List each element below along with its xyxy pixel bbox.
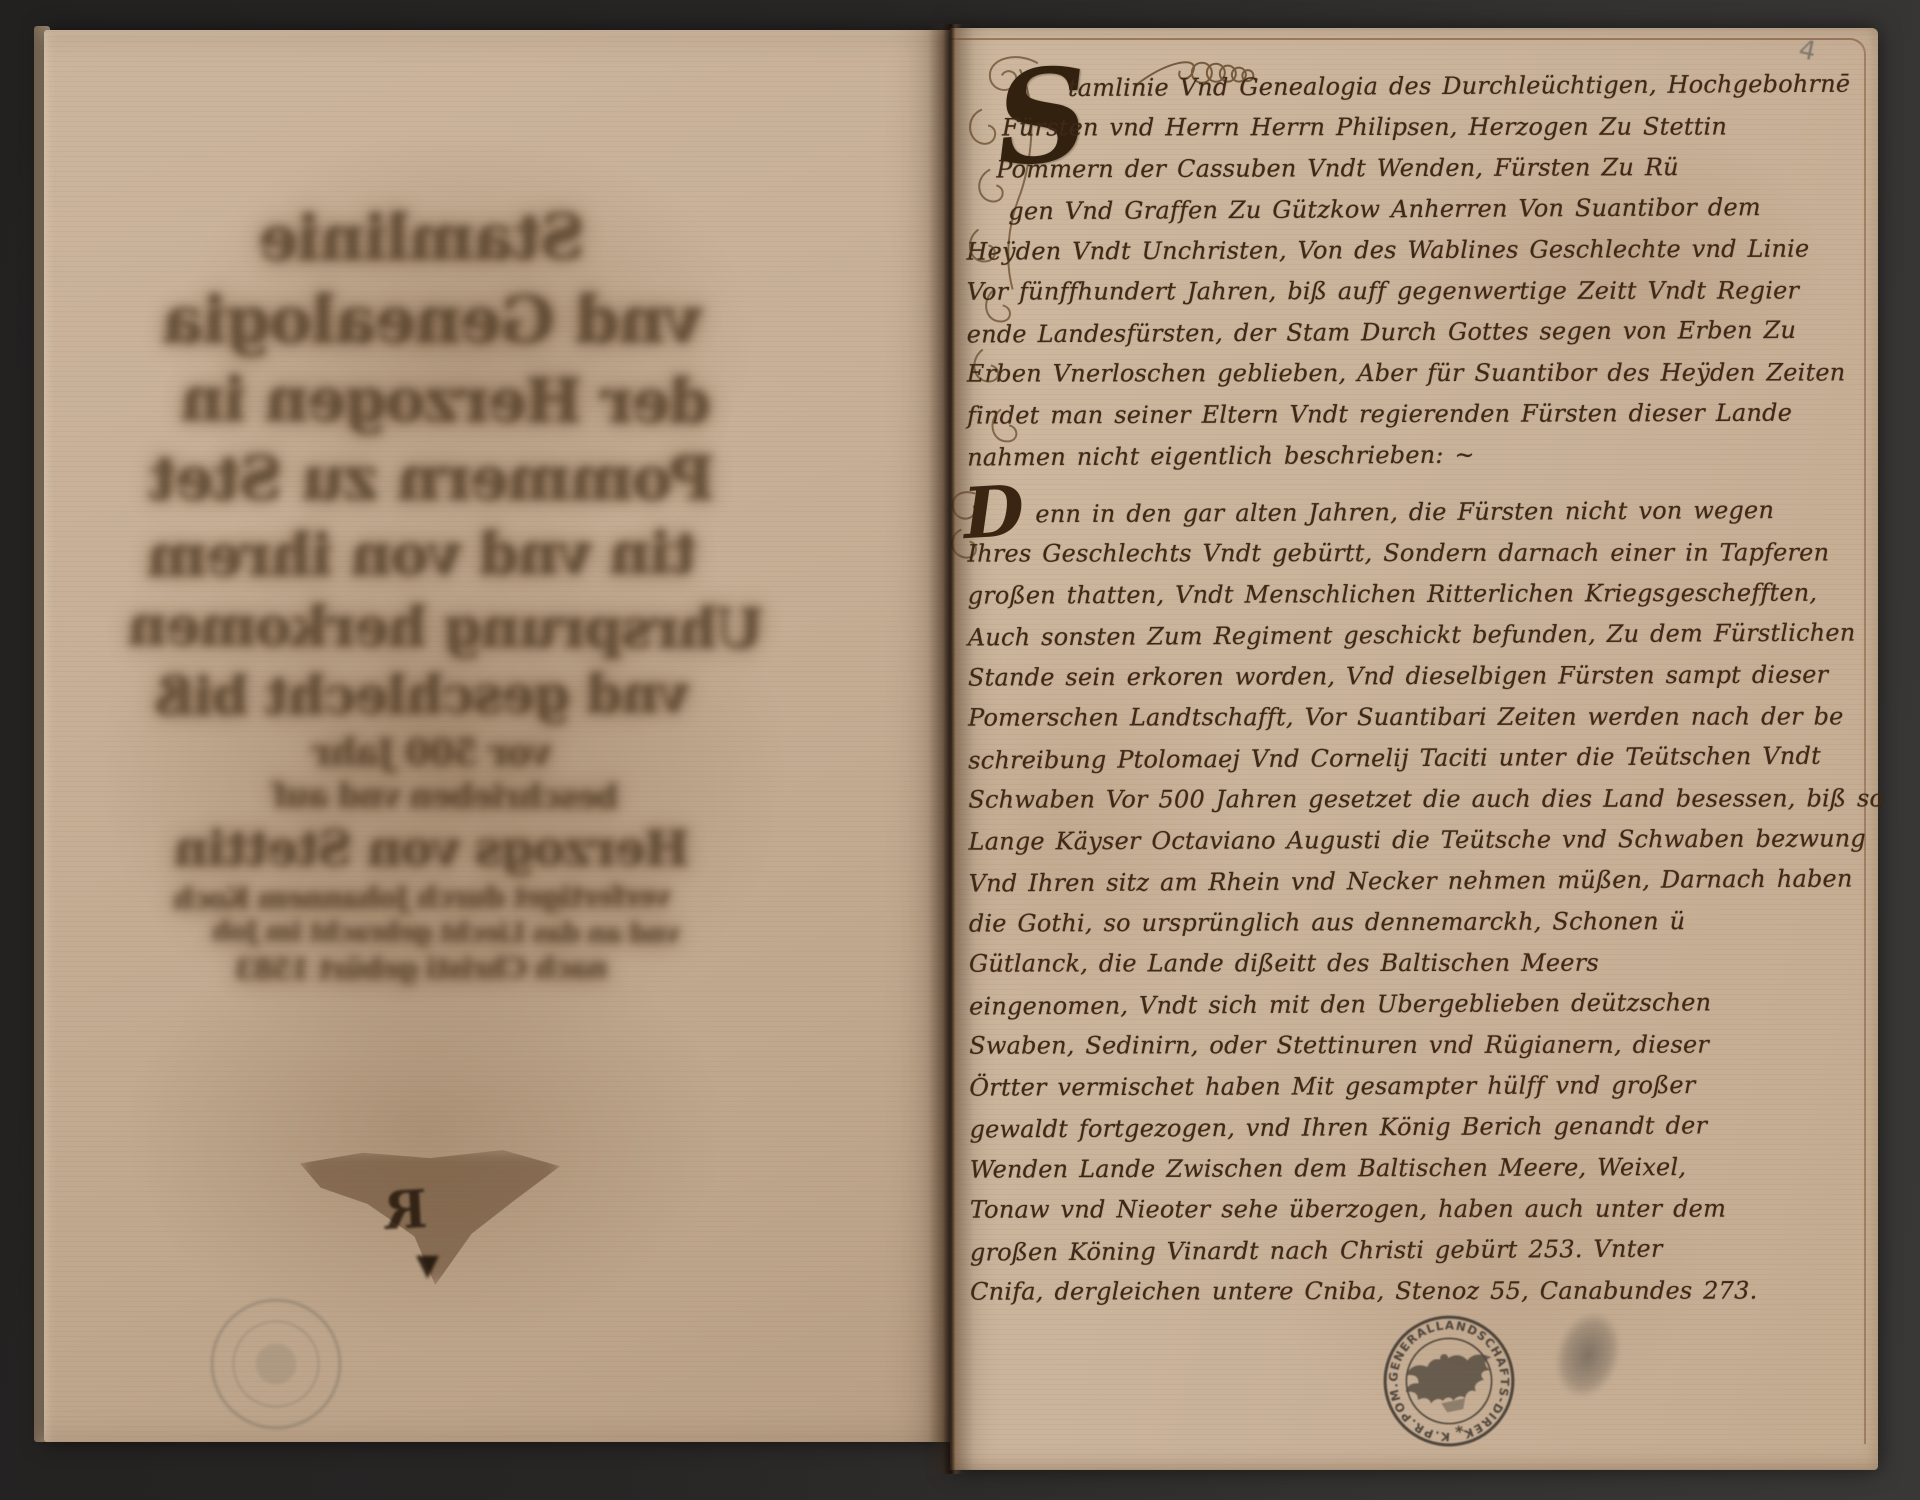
bleedthrough-line: der Herzogen in <box>66 360 826 442</box>
bleedthrough-line: verfertiget durch Johannem Koch <box>42 878 802 918</box>
manuscript-line: Ihres Geschlechts Vndt gebürtt, Sondern … <box>967 532 1867 574</box>
bleedthrough-title-block: Stamlinie vnd Genealogia der Herzogen in… <box>52 198 812 987</box>
bleedthrough-line: vor 500 Jahr <box>52 730 812 777</box>
paragraph-heading: S tamlinie Vnd Genealogia des Durchleüch… <box>966 64 1867 477</box>
binding-gutter <box>928 24 974 1474</box>
manuscript-line: eingenomen, Vndt sich mit den Ubergeblie… <box>969 981 1869 1027</box>
manuscript-line: Swaben, Sedinirn, oder Stettinuren vnd R… <box>969 1024 1869 1066</box>
manuscript-line: Pommern der Cassuben Vndt Wenden, Fürste… <box>996 146 1866 190</box>
manuscript-line: Vnd Ihren sitz am Rhein vnd Necker nehme… <box>969 858 1869 904</box>
manuscript-line: schreibung Ptolomaej Vnd Cornelij Taciti… <box>968 735 1868 781</box>
manuscript-line: Wenden Lande Zwischen dem Baltischen Mee… <box>970 1146 1870 1190</box>
paragraph-body: D enn in den gar alten Jahren, die Fürst… <box>967 490 1870 1313</box>
right-page: 4 <box>950 28 1878 1470</box>
manuscript-line: Erben Vnerloschen geblieben, Aber für Su… <box>967 352 1867 394</box>
manuscript-scan: Stamlinie vnd Genealogia der Herzogen in… <box>0 0 1920 1500</box>
paragraph-lines: enn in den gar alten Jahren, die Fürsten… <box>967 490 1870 1313</box>
bleedthrough-line: vnd Genealogia <box>52 279 812 362</box>
manuscript-line: Pomerschen Landtschafft, Vor Suantibari … <box>968 696 1868 738</box>
manuscript-line: Vor fünffhundert Jahren, biß auff gegenw… <box>967 270 1867 312</box>
bleedthrough-stamp-icon <box>190 1278 362 1450</box>
manuscript-line: tamlinie Vnd Genealogia des Durchleüchti… <box>1068 64 1866 109</box>
bleedthrough-line: Uhrsprung herkomen <box>66 590 826 664</box>
manuscript-line: nahmen nicht eigentlich beschrieben: ~ <box>967 432 1867 478</box>
bleedthrough-line: vnd an das Liecht gebracht im Joh <box>66 915 826 953</box>
manuscript-line: Auch sonsten Zum Regiment geschickt befu… <box>968 612 1868 658</box>
manuscript-line: großen thatten, Vndt Menschlichen Ritter… <box>968 572 1868 616</box>
bleedthrough-line: vnd geschlecht biß <box>42 660 802 732</box>
manuscript-line: Cnifa, dergleichen untere Cniba, Stenoz … <box>970 1270 1870 1312</box>
bleedthrough-line: tin vnd von ihrem <box>42 516 802 594</box>
manuscript-text-block: S tamlinie Vnd Genealogia des Durchleüch… <box>966 64 1870 1313</box>
manuscript-line: Fürsten vnd Herrn Herrn Philipsen, Herzo… <box>1002 106 1866 148</box>
bleedthrough-line: nach Christi gebürt 1583 <box>42 949 802 989</box>
manuscript-line: Örtter vermischet haben Mit gesampter hü… <box>969 1064 1869 1108</box>
manuscript-line: Gütlanck, die Lande dißeitt des Baltisch… <box>969 942 1869 984</box>
manuscript-line: Tonaw vnd Nieoter sehe überzogen, haben … <box>970 1188 1870 1230</box>
bleedthrough-line: Herzogs von Stettin <box>52 818 812 880</box>
left-page: Stamlinie vnd Genealogia der Herzogen in… <box>44 30 952 1442</box>
manuscript-line: gen Vnd Graffen Zu Gützkow Anherren Von … <box>1008 187 1866 233</box>
manuscript-line: findet man seiner Eltern Vndt regierende… <box>967 392 1867 436</box>
tailpiece-monogram: R <box>382 1179 428 1242</box>
manuscript-line: gewaldt fortgezogen, vnd Ihren König Ber… <box>969 1104 1869 1150</box>
bleedthrough-line: Pommern zu Stet <box>52 440 812 518</box>
paragraph-lines: tamlinie Vnd Genealogia des Durchleüchti… <box>966 64 1867 477</box>
bleedthrough-line: Stamlinie <box>42 196 802 281</box>
manuscript-line: Schwaben Vor 500 Jahren gesetzet die auc… <box>968 778 1868 820</box>
archive-stamp: K.PR.POM.GENERALLANDSCHAFTS-DIREKTION * <box>1365 1297 1533 1465</box>
manuscript-line: ende Landesfürsten, der Stam Durch Gotte… <box>967 309 1867 355</box>
manuscript-line: Heÿden Vndt Unchristen, Von des Wablines… <box>966 228 1866 272</box>
manuscript-line: die Gothi, so ursprünglich aus dennemarc… <box>969 900 1869 944</box>
page-number-pencil: 4 <box>1797 35 1819 68</box>
tailpiece-arrow-icon: ▼ <box>416 1248 439 1283</box>
manuscript-line: großen Köning Vinardt nach Christi gebür… <box>970 1227 1870 1273</box>
bleedthrough-line: beschrieben vnd auf <box>66 774 826 820</box>
manuscript-line: Lange Käyser Octaviano Augusti die Teüts… <box>968 818 1868 862</box>
manuscript-line: enn in den gar alten Jahren, die Fürsten… <box>1035 490 1867 536</box>
manuscript-line: Stande sein erkoren worden, Vnd dieselbi… <box>968 654 1868 698</box>
